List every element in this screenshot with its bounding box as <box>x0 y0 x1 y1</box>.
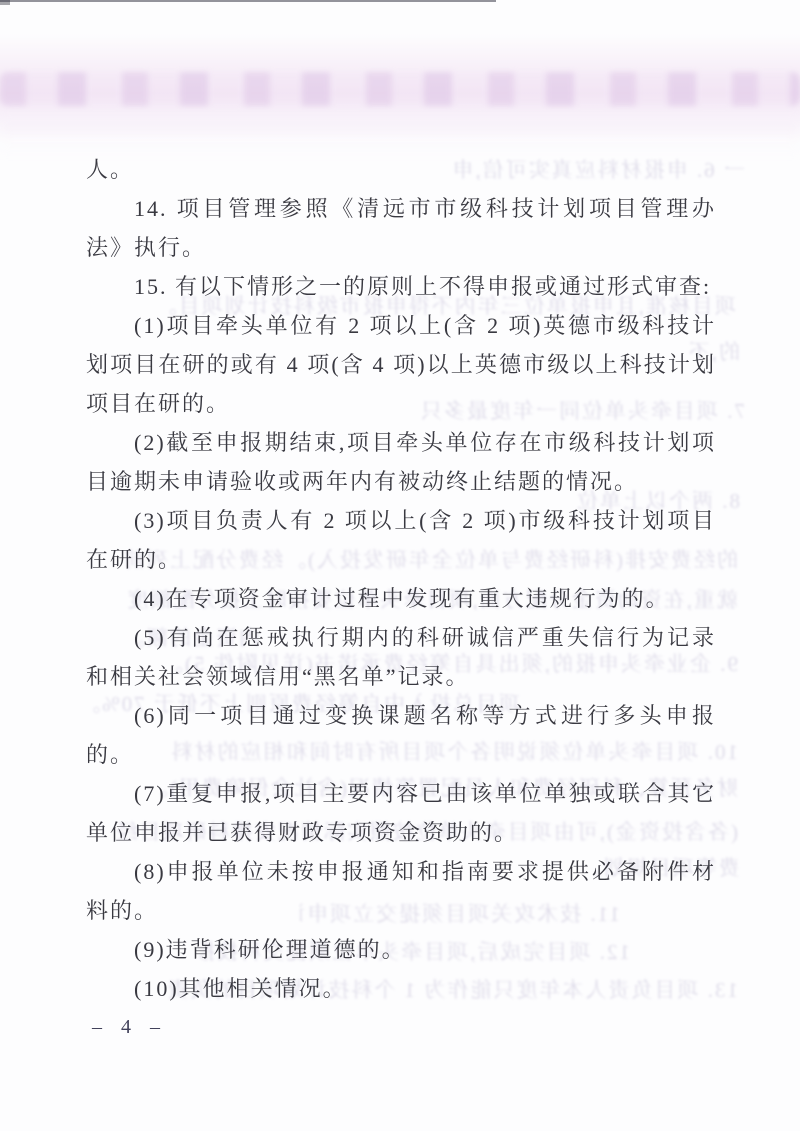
paragraph-subitem-4: (4)在专项资金审计过程中发现有重大违规行为的。 <box>86 579 716 618</box>
scanner-edge-artifact <box>0 0 496 2</box>
paragraph-subitem-3: (3)项目负责人有 2 项以上(含 2 项)市级科技计划项目在研的。 <box>86 501 716 579</box>
paragraph-item-15: 15. 有以下情形之一的原则上不得申报或通过形式审查: <box>86 267 716 306</box>
paragraph-subitem-2: (2)截至申报期结束,项目牵头单位存在市级科技计划项目逾期未申请验收或两年内有被… <box>86 423 716 501</box>
pink-scan-artifact-blotches <box>0 72 800 106</box>
document-body: 人。 14. 项目管理参照《清远市市级科技计划项目管理办法》执行。 15. 有以… <box>86 150 716 1008</box>
paragraph: 人。 <box>86 150 716 189</box>
scanned-document-page: 一 6. 申报材料应真实可信,申项目核准,且申报单位三年内不得申报市级科技计划项… <box>0 0 800 1131</box>
paragraph-subitem-8: (8)申报单位未按申报通知和指南要求提供必备附件材料的。 <box>86 852 716 930</box>
scanner-corner-artifact <box>0 0 10 5</box>
paragraph-subitem-7: (7)重复申报,项目主要内容已由该单位单独或联合其它单位申报并已获得财政专项资金… <box>86 774 716 852</box>
paragraph-subitem-1: (1)项目牵头单位有 2 项以上(含 2 项)英德市级科技计划项目在研的或有 4… <box>86 306 716 423</box>
paragraph-subitem-5: (5)有尚在惩戒执行期内的科研诚信严重失信行为记录和相关社会领域信用“黑名单”记… <box>86 618 716 696</box>
page-number: – 4 – <box>92 1016 167 1039</box>
paragraph-item-14: 14. 项目管理参照《清远市市级科技计划项目管理办法》执行。 <box>86 189 716 267</box>
pink-scan-artifact-band <box>0 34 800 142</box>
paragraph-subitem-9: (9)违背科研伦理道德的。 <box>86 930 716 969</box>
paragraph-subitem-10: (10)其他相关情况。 <box>86 969 716 1008</box>
paragraph-subitem-6: (6)同一项目通过变换课题名称等方式进行多头申报的。 <box>86 696 716 774</box>
